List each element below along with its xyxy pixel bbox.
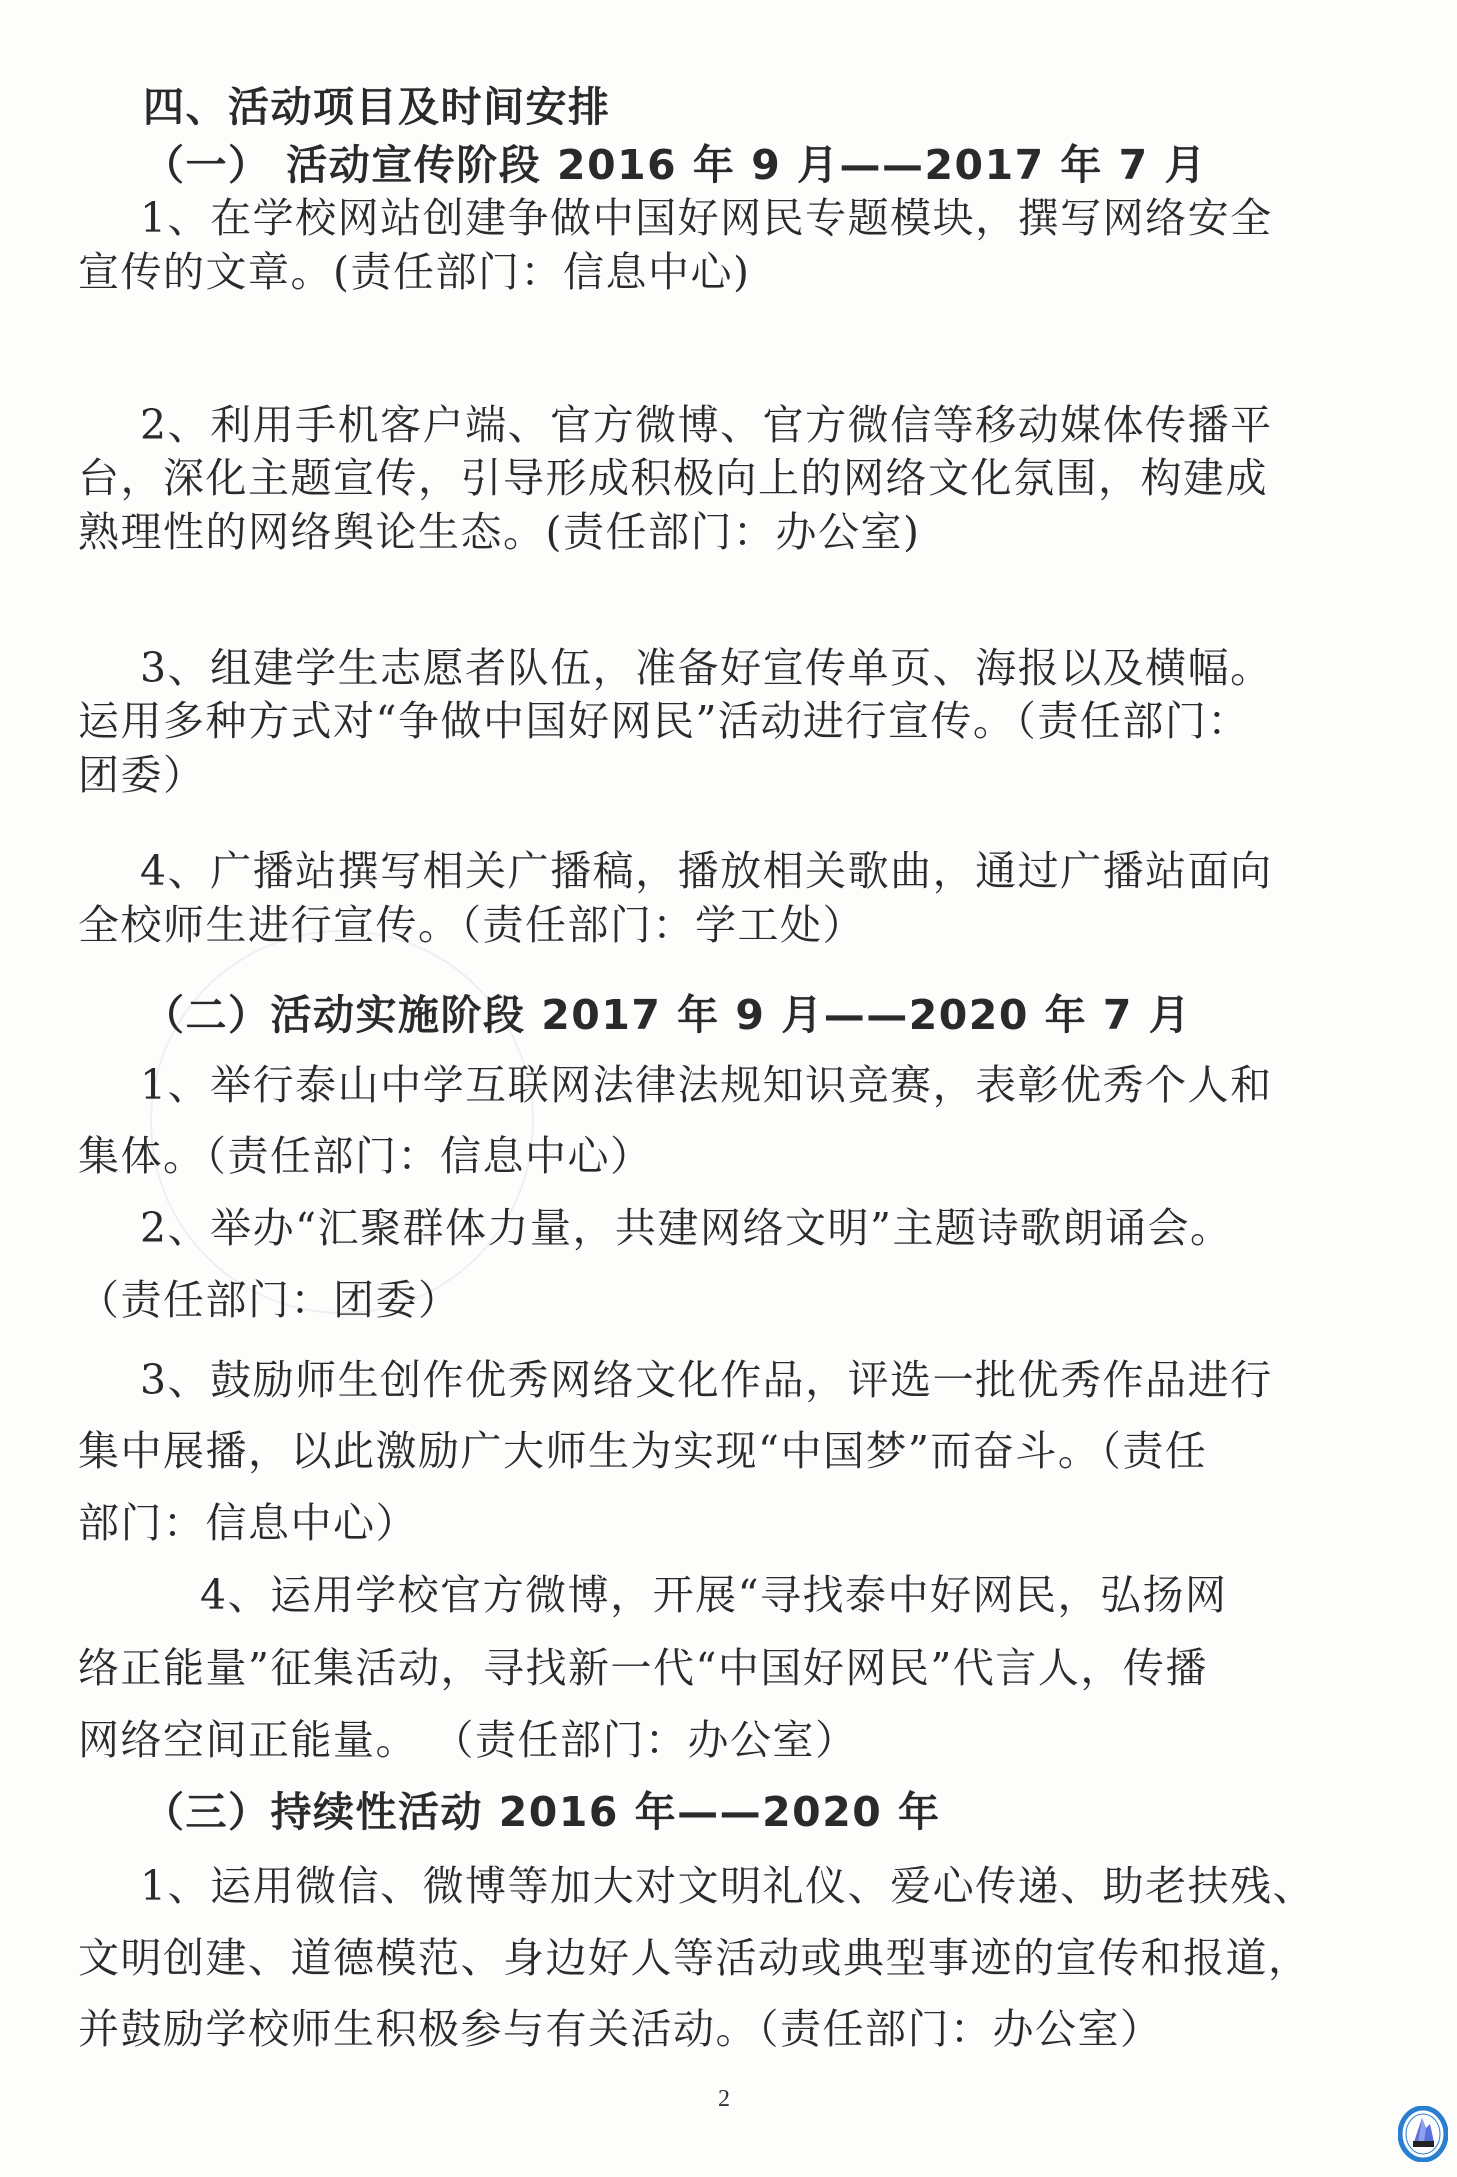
- school-emblem-icon: [1398, 2106, 1448, 2162]
- phase1-item3-line1: 3、组建学生志愿者队伍，准备好宣传单页、海报以及横幅。: [140, 648, 1273, 689]
- phase2-item3-line1: 3、鼓励师生创作优秀网络文化作品，评选一批优秀作品进行: [140, 1360, 1273, 1401]
- phase2-item1-line1: 1、举行泰山中学互联网法律法规知识竞赛，表彰优秀个人和: [140, 1065, 1273, 1106]
- phase3-item1-line3: 并鼓励学校师生积极参与有关活动。（责任部门：办公室）: [78, 2009, 1163, 2050]
- phase2-item4-line2: 络正能量”征集活动，寻找新一代“中国好网民”代言人，传播: [78, 1648, 1208, 1689]
- phase1-item1-line1: 1、在学校网站创建争做中国好网民专题模块，撰写网络安全: [140, 198, 1273, 239]
- phase3-item1-line2: 文明创建、道德模范、身边好人等活动或典型事迹的宣传和报道，: [78, 1938, 1311, 1979]
- phase1-item2-line3: 熟理性的网络舆论生态。(责任部门：办公室): [78, 512, 921, 553]
- phase3-item1-line1: 1、运用微信、微博等加大对文明礼仪、爱心传递、助老扶残、: [140, 1866, 1315, 1907]
- phase1-item4-line1: 4、广播站撰写相关广播稿，播放相关歌曲，通过广播站面向: [140, 851, 1273, 892]
- phase2-item4-line3: 网络空间正能量。 （责任部门：办公室）: [78, 1720, 858, 1761]
- phase-heading-2: （二）活动实施阶段 2017 年 9 月——2020 年 7 月: [143, 995, 1191, 1036]
- document-page: 四、活动项目及时间安排 （一） 活动宣传阶段 2016 年 9 月——2017 …: [0, 0, 1457, 2177]
- phase-heading-3: （三）持续性活动 2016 年——2020 年: [143, 1792, 941, 1833]
- phase2-item3-line2: 集中展播，以此激励广大师生为实现“中国梦”而奋斗。（责任: [78, 1431, 1207, 1472]
- phase2-item3-line3: 部门：信息中心）: [78, 1503, 418, 1544]
- page-number: 2: [718, 2086, 730, 2113]
- phase2-item1-line2: 集体。（责任部门：信息中心）: [78, 1136, 653, 1177]
- phase1-item3-line3: 团委）: [78, 755, 206, 796]
- phase1-item2-line2: 台，深化主题宣传，引导形成积极向上的网络文化氛围，构建成: [78, 458, 1268, 499]
- phase2-item2-line1: 2、举办“汇聚群体力量，共建网络文明”主题诗歌朗诵会。: [140, 1208, 1233, 1249]
- phase1-item4-line2: 全校师生进行宣传。（责任部门：学工处）: [78, 905, 865, 946]
- phase1-item1-line2: 宣传的文章。(责任部门：信息中心): [78, 252, 751, 293]
- phase2-item4-line1: 4、运用学校官方微博，开展“寻找泰中好网民，弘扬网: [200, 1575, 1228, 1616]
- phase1-item3-line2: 运用多种方式对“争做中国好网民”活动进行宣传。（责任部门：: [78, 701, 1250, 742]
- phase2-item2-line2: （责任部门：团委）: [78, 1280, 461, 1321]
- phase1-item2-line1: 2、利用手机客户端、官方微博、官方微信等移动媒体传播平: [140, 405, 1273, 446]
- faint-stamp-mark: [150, 930, 534, 1314]
- section-title: 四、活动项目及时间安排: [143, 87, 611, 128]
- phase-heading-1: （一） 活动宣传阶段 2016 年 9 月——2017 年 7 月: [143, 145, 1207, 186]
